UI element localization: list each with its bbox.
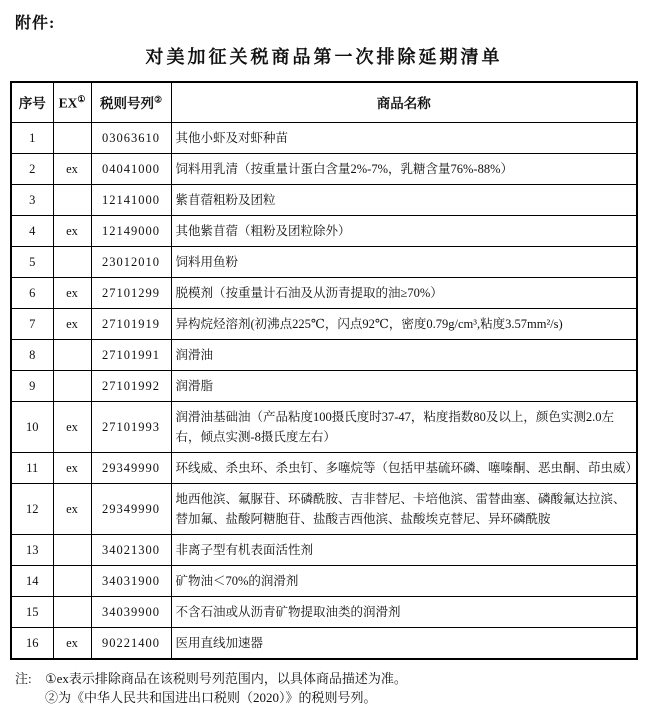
row-serial-cell: 4	[11, 215, 53, 246]
row-ex-cell	[53, 246, 91, 277]
row-tariff-code-cell: 23012010	[91, 246, 171, 277]
row-ex-cell	[53, 534, 91, 565]
row-tariff-code-cell: 12149000	[91, 215, 171, 246]
row-serial-cell: 8	[11, 339, 53, 370]
row-product-name-cell: 矿物油＜70%的润滑剂	[171, 565, 637, 596]
row-serial-cell: 11	[11, 452, 53, 483]
row-tariff-code-cell: 34021300	[91, 534, 171, 565]
col-header-ex: EX①	[53, 82, 91, 122]
footnote-line-2: ②为《中华人民共和国进出口税则（2020）》的税则号列。	[45, 688, 638, 707]
table-row: 2ex04041000饲料用乳清（按重量计蛋白含量2%-7%，乳糖含量76%-8…	[11, 153, 637, 184]
row-product-name-cell: 医用直线加速器	[171, 627, 637, 659]
header-row: 序号 EX① 税则号列② 商品名称	[11, 82, 637, 122]
row-serial-cell: 12	[11, 483, 53, 534]
row-serial-cell: 5	[11, 246, 53, 277]
row-tariff-code-cell: 04041000	[91, 153, 171, 184]
row-ex-cell: ex	[53, 483, 91, 534]
table-row: 7ex27101919异构烷烃溶剂(初沸点225℃，闪点92℃，密度0.79g/…	[11, 308, 637, 339]
row-product-name-cell: 环线威、杀虫环、杀虫钉、多噻烷等（包括甲基硫环磷、噻嗪酮、恶虫酮、茚虫威）	[171, 452, 637, 483]
row-tariff-code-cell: 90221400	[91, 627, 171, 659]
table-row: 11ex29349990环线威、杀虫环、杀虫钉、多噻烷等（包括甲基硫环磷、噻嗪酮…	[11, 452, 637, 483]
row-serial-cell: 10	[11, 401, 53, 452]
row-serial-cell: 16	[11, 627, 53, 659]
footnote-lines: ①ex表示排除商品在该税则号列范围内，以具体商品描述为准。 ②为《中华人民共和国…	[45, 669, 638, 707]
row-serial-cell: 13	[11, 534, 53, 565]
row-product-name-cell: 其他紫苜蓿（粗粉及团粒除外）	[171, 215, 637, 246]
row-ex-cell	[53, 184, 91, 215]
col-header-ex-sup: ①	[77, 94, 85, 104]
row-tariff-code-cell: 27101919	[91, 308, 171, 339]
col-header-tariff-code: 税则号列②	[91, 82, 171, 122]
table-row: 927101992润滑脂	[11, 370, 637, 401]
row-product-name-cell: 异构烷烃溶剂(初沸点225℃，闪点92℃，密度0.79g/cm³,粘度3.57m…	[171, 308, 637, 339]
table-row: 312141000紫苜蓿粗粉及团粒	[11, 184, 637, 215]
row-tariff-code-cell: 34031900	[91, 565, 171, 596]
row-serial-cell: 2	[11, 153, 53, 184]
table-row: 827101991润滑油	[11, 339, 637, 370]
attachment-label: 附件:	[15, 10, 638, 33]
footnote-line-1: ①ex表示排除商品在该税则号列范围内，以具体商品描述为准。	[45, 669, 638, 688]
row-ex-cell: ex	[53, 153, 91, 184]
table-row: 1534039900不含石油或从沥青矿物提取油类的润滑剂	[11, 596, 637, 627]
row-ex-cell	[53, 122, 91, 153]
row-product-name-cell: 不含石油或从沥青矿物提取油类的润滑剂	[171, 596, 637, 627]
row-serial-cell: 7	[11, 308, 53, 339]
row-ex-cell	[53, 370, 91, 401]
col-header-tariff-code-label: 税则号列	[100, 96, 154, 111]
col-header-product-name-label: 商品名称	[377, 96, 431, 111]
row-product-name-cell: 润滑油基础油（产品粘度100摄氏度时37-47，粘度指数80及以上，颜色实测2.…	[171, 401, 637, 452]
footnotes-label: 注:	[15, 669, 45, 707]
col-header-serial-label: 序号	[19, 96, 46, 111]
table-row: 12ex29349990地西他滨、氟脲苷、环磷酰胺、吉非替尼、卡培他滨、雷替曲塞…	[11, 483, 637, 534]
col-header-product-name: 商品名称	[171, 82, 637, 122]
exclusion-list-table: 序号 EX① 税则号列② 商品名称 103063610其他小虾及对虾种苗2ex0…	[10, 81, 638, 660]
col-header-ex-label: EX	[59, 95, 78, 110]
row-product-name-cell: 饲料用乳清（按重量计蛋白含量2%-7%，乳糖含量76%-88%）	[171, 153, 637, 184]
row-tariff-code-cell: 12141000	[91, 184, 171, 215]
row-ex-cell: ex	[53, 277, 91, 308]
row-ex-cell: ex	[53, 308, 91, 339]
row-ex-cell: ex	[53, 401, 91, 452]
document-page: 附件: 对美加征关税商品第一次排除延期清单 序号 EX① 税则号列② 商品名称 …	[0, 0, 649, 718]
row-tariff-code-cell: 03063610	[91, 122, 171, 153]
table-row: 16ex90221400医用直线加速器	[11, 627, 637, 659]
row-product-name-cell: 紫苜蓿粗粉及团粒	[171, 184, 637, 215]
row-ex-cell	[53, 339, 91, 370]
row-tariff-code-cell: 29349990	[91, 452, 171, 483]
page-title: 对美加征关税商品第一次排除延期清单	[10, 43, 638, 69]
row-serial-cell: 3	[11, 184, 53, 215]
row-serial-cell: 1	[11, 122, 53, 153]
row-tariff-code-cell: 27101992	[91, 370, 171, 401]
row-product-name-cell: 脱模剂（按重量计石油及从沥青提取的油≥70%）	[171, 277, 637, 308]
footnotes: 注: ①ex表示排除商品在该税则号列范围内，以具体商品描述为准。 ②为《中华人民…	[15, 669, 638, 707]
row-serial-cell: 9	[11, 370, 53, 401]
table-row: 1334021300非离子型有机表面活性剂	[11, 534, 637, 565]
row-ex-cell: ex	[53, 452, 91, 483]
row-serial-cell: 6	[11, 277, 53, 308]
row-serial-cell: 15	[11, 596, 53, 627]
table-row: 103063610其他小虾及对虾种苗	[11, 122, 637, 153]
row-tariff-code-cell: 27101299	[91, 277, 171, 308]
row-ex-cell	[53, 565, 91, 596]
table-row: 1434031900矿物油＜70%的润滑剂	[11, 565, 637, 596]
row-ex-cell: ex	[53, 627, 91, 659]
row-tariff-code-cell: 27101993	[91, 401, 171, 452]
row-product-name-cell: 非离子型有机表面活性剂	[171, 534, 637, 565]
row-tariff-code-cell: 34039900	[91, 596, 171, 627]
row-product-name-cell: 地西他滨、氟脲苷、环磷酰胺、吉非替尼、卡培他滨、雷替曲塞、磷酸氟达拉滨、替加氟、…	[171, 483, 637, 534]
row-product-name-cell: 润滑脂	[171, 370, 637, 401]
table-row: 4ex12149000其他紫苜蓿（粗粉及团粒除外）	[11, 215, 637, 246]
row-ex-cell	[53, 596, 91, 627]
row-tariff-code-cell: 27101991	[91, 339, 171, 370]
row-ex-cell: ex	[53, 215, 91, 246]
row-product-name-cell: 其他小虾及对虾种苗	[171, 122, 637, 153]
table-row: 10ex27101993润滑油基础油（产品粘度100摄氏度时37-47，粘度指数…	[11, 401, 637, 452]
table-row: 6ex27101299脱模剂（按重量计石油及从沥青提取的油≥70%）	[11, 277, 637, 308]
col-header-tariff-code-sup: ②	[154, 95, 162, 105]
table-header: 序号 EX① 税则号列② 商品名称	[11, 82, 637, 122]
row-product-name-cell: 饲料用鱼粉	[171, 246, 637, 277]
table-row: 523012010饲料用鱼粉	[11, 246, 637, 277]
row-tariff-code-cell: 29349990	[91, 483, 171, 534]
row-serial-cell: 14	[11, 565, 53, 596]
table-body: 103063610其他小虾及对虾种苗2ex04041000饲料用乳清（按重量计蛋…	[11, 122, 637, 659]
row-product-name-cell: 润滑油	[171, 339, 637, 370]
col-header-serial: 序号	[11, 82, 53, 122]
